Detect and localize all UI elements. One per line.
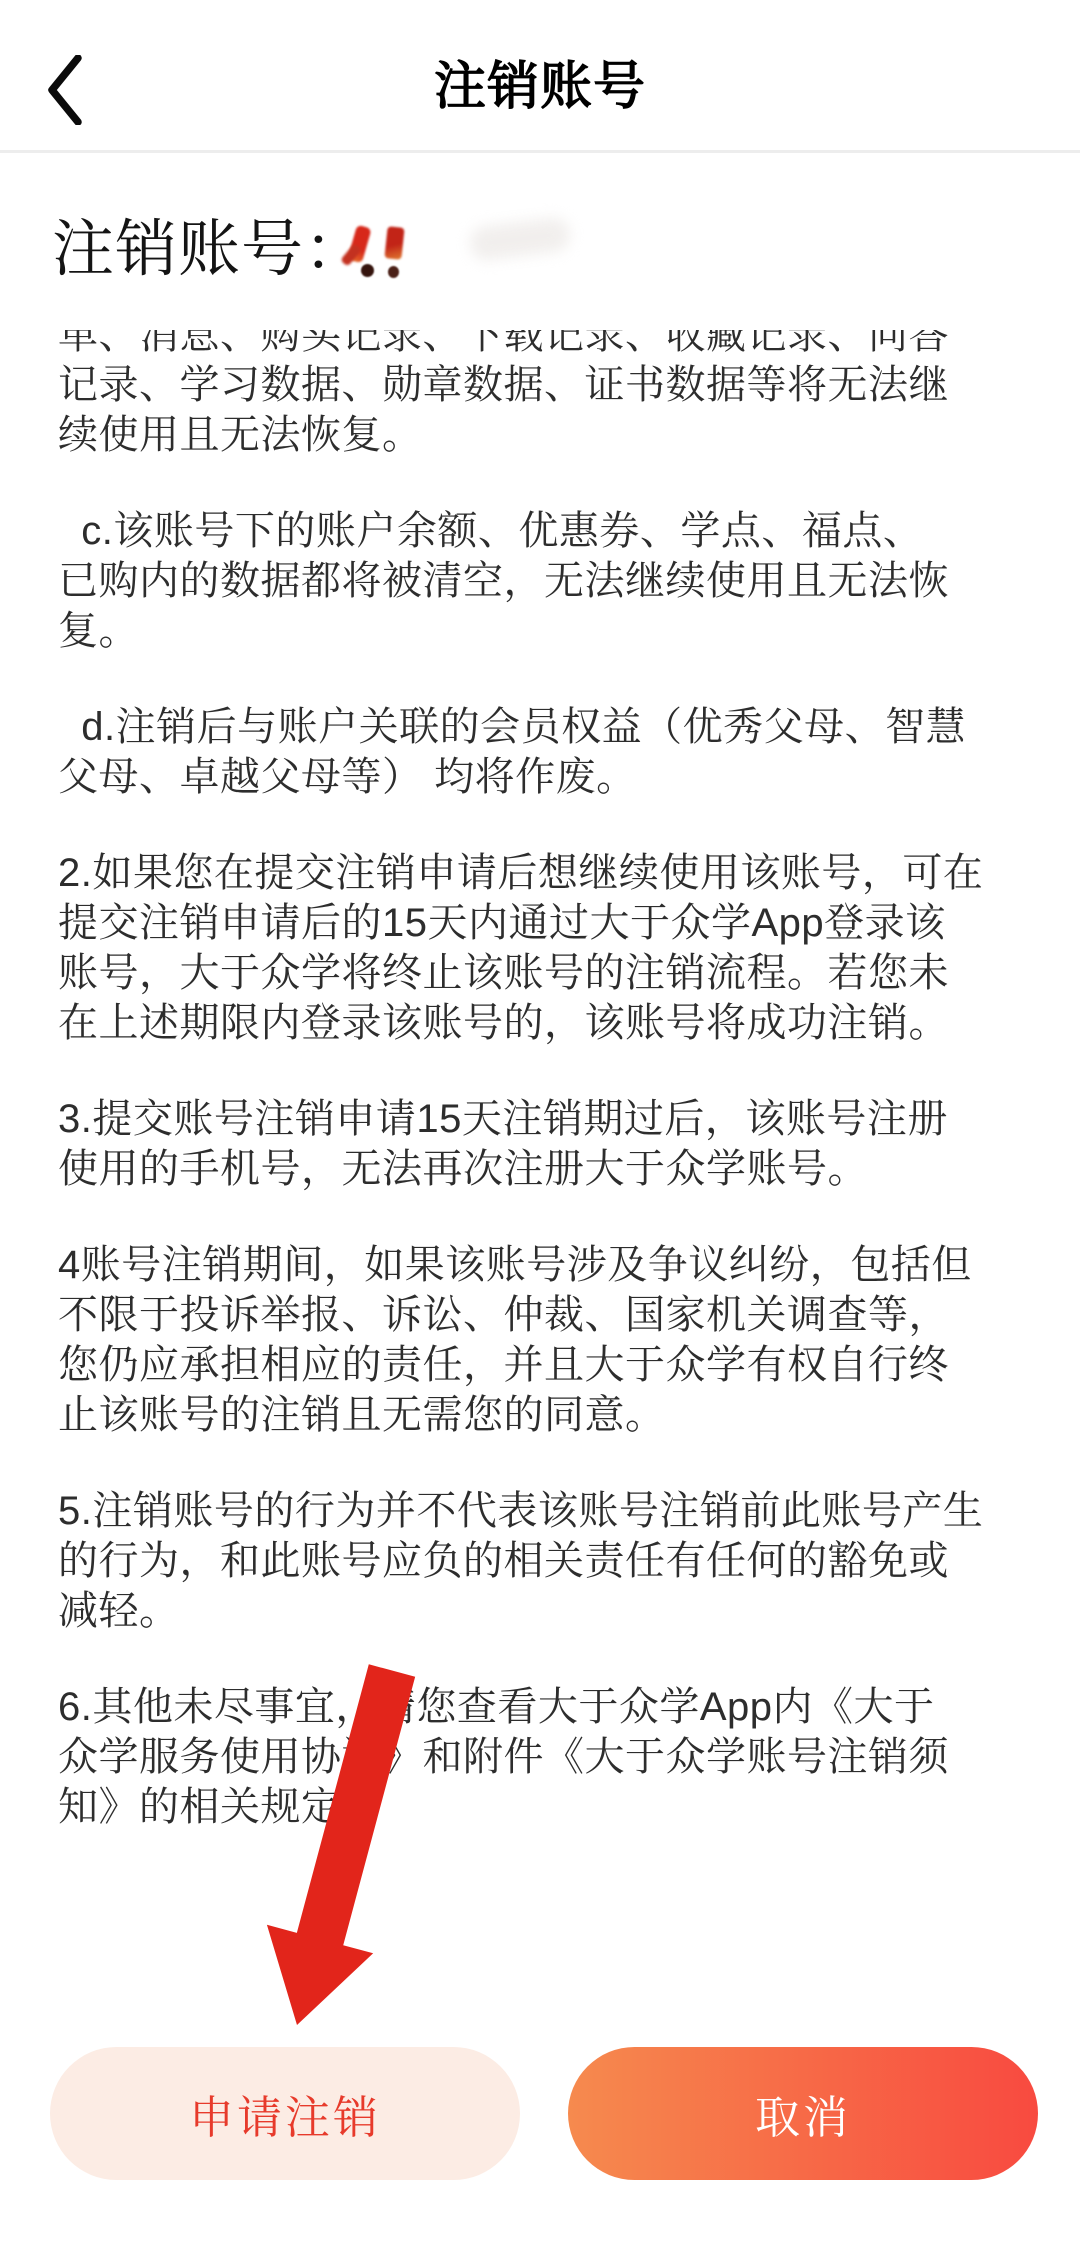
terms-paragraph: 2.如果您在提交注销申请后想继续使用该账号，可在 提交注销申请后的15天内通过大… bbox=[58, 848, 1038, 1048]
header: 注销账号 bbox=[0, 0, 1080, 150]
terms-text: 单、消息、购买记录、下载记录、收藏记录、问答 记录、学习数据、勋章数据、证书数据… bbox=[58, 330, 1038, 1832]
terms-paragraph-clipped: 单、消息、购买记录、下载记录、收藏记录、问答 记录、学习数据、勋章数据、证书数据… bbox=[58, 330, 1038, 460]
terms-paragraph: 4账号注销期间，如果该账号涉及争议纠纷，包括但 不限于投诉举报、诉讼、仲裁、国家… bbox=[58, 1240, 1038, 1440]
terms-paragraph: c.该账号下的账户余额、优惠券、学点、福点、 已购内的数据都将被清空，无法继续使… bbox=[58, 506, 1038, 656]
apply-deactivation-button[interactable]: 申请注销 bbox=[50, 2047, 520, 2180]
terms-paragraph: d.注销后与账户关联的会员权益（优秀父母、智慧 父母、卓越父母等） 均将作废。 bbox=[58, 702, 1038, 802]
account-heading: 注销账号： bbox=[52, 214, 367, 286]
redaction-dot-2 bbox=[388, 266, 399, 278]
terms-paragraph: 5.注销账号的行为并不代表该账号注销前此账号产生 的行为，和此账号应负的相关责任… bbox=[58, 1486, 1038, 1636]
cancel-button[interactable]: 取消 bbox=[568, 2047, 1038, 2180]
terms-paragraph: 3.提交账号注销申请15天注销期过后，该账号注册 使用的手机号，无法再次注册大于… bbox=[58, 1094, 1038, 1194]
terms-scroll-area[interactable]: 单、消息、购买记录、下载记录、收藏记录、问答 记录、学习数据、勋章数据、证书数据… bbox=[58, 330, 1038, 1935]
header-divider bbox=[0, 150, 1080, 153]
terms-paragraph: 6.其他未尽事宜，请您查看大于众学App内《大于 众学服务使用协议》和附件《大于… bbox=[58, 1682, 1038, 1832]
redaction-mark-2 bbox=[384, 226, 404, 260]
redaction-dot-1 bbox=[361, 264, 374, 277]
page-title: 注销账号 bbox=[0, 58, 1080, 116]
redaction-smudge bbox=[468, 216, 571, 262]
